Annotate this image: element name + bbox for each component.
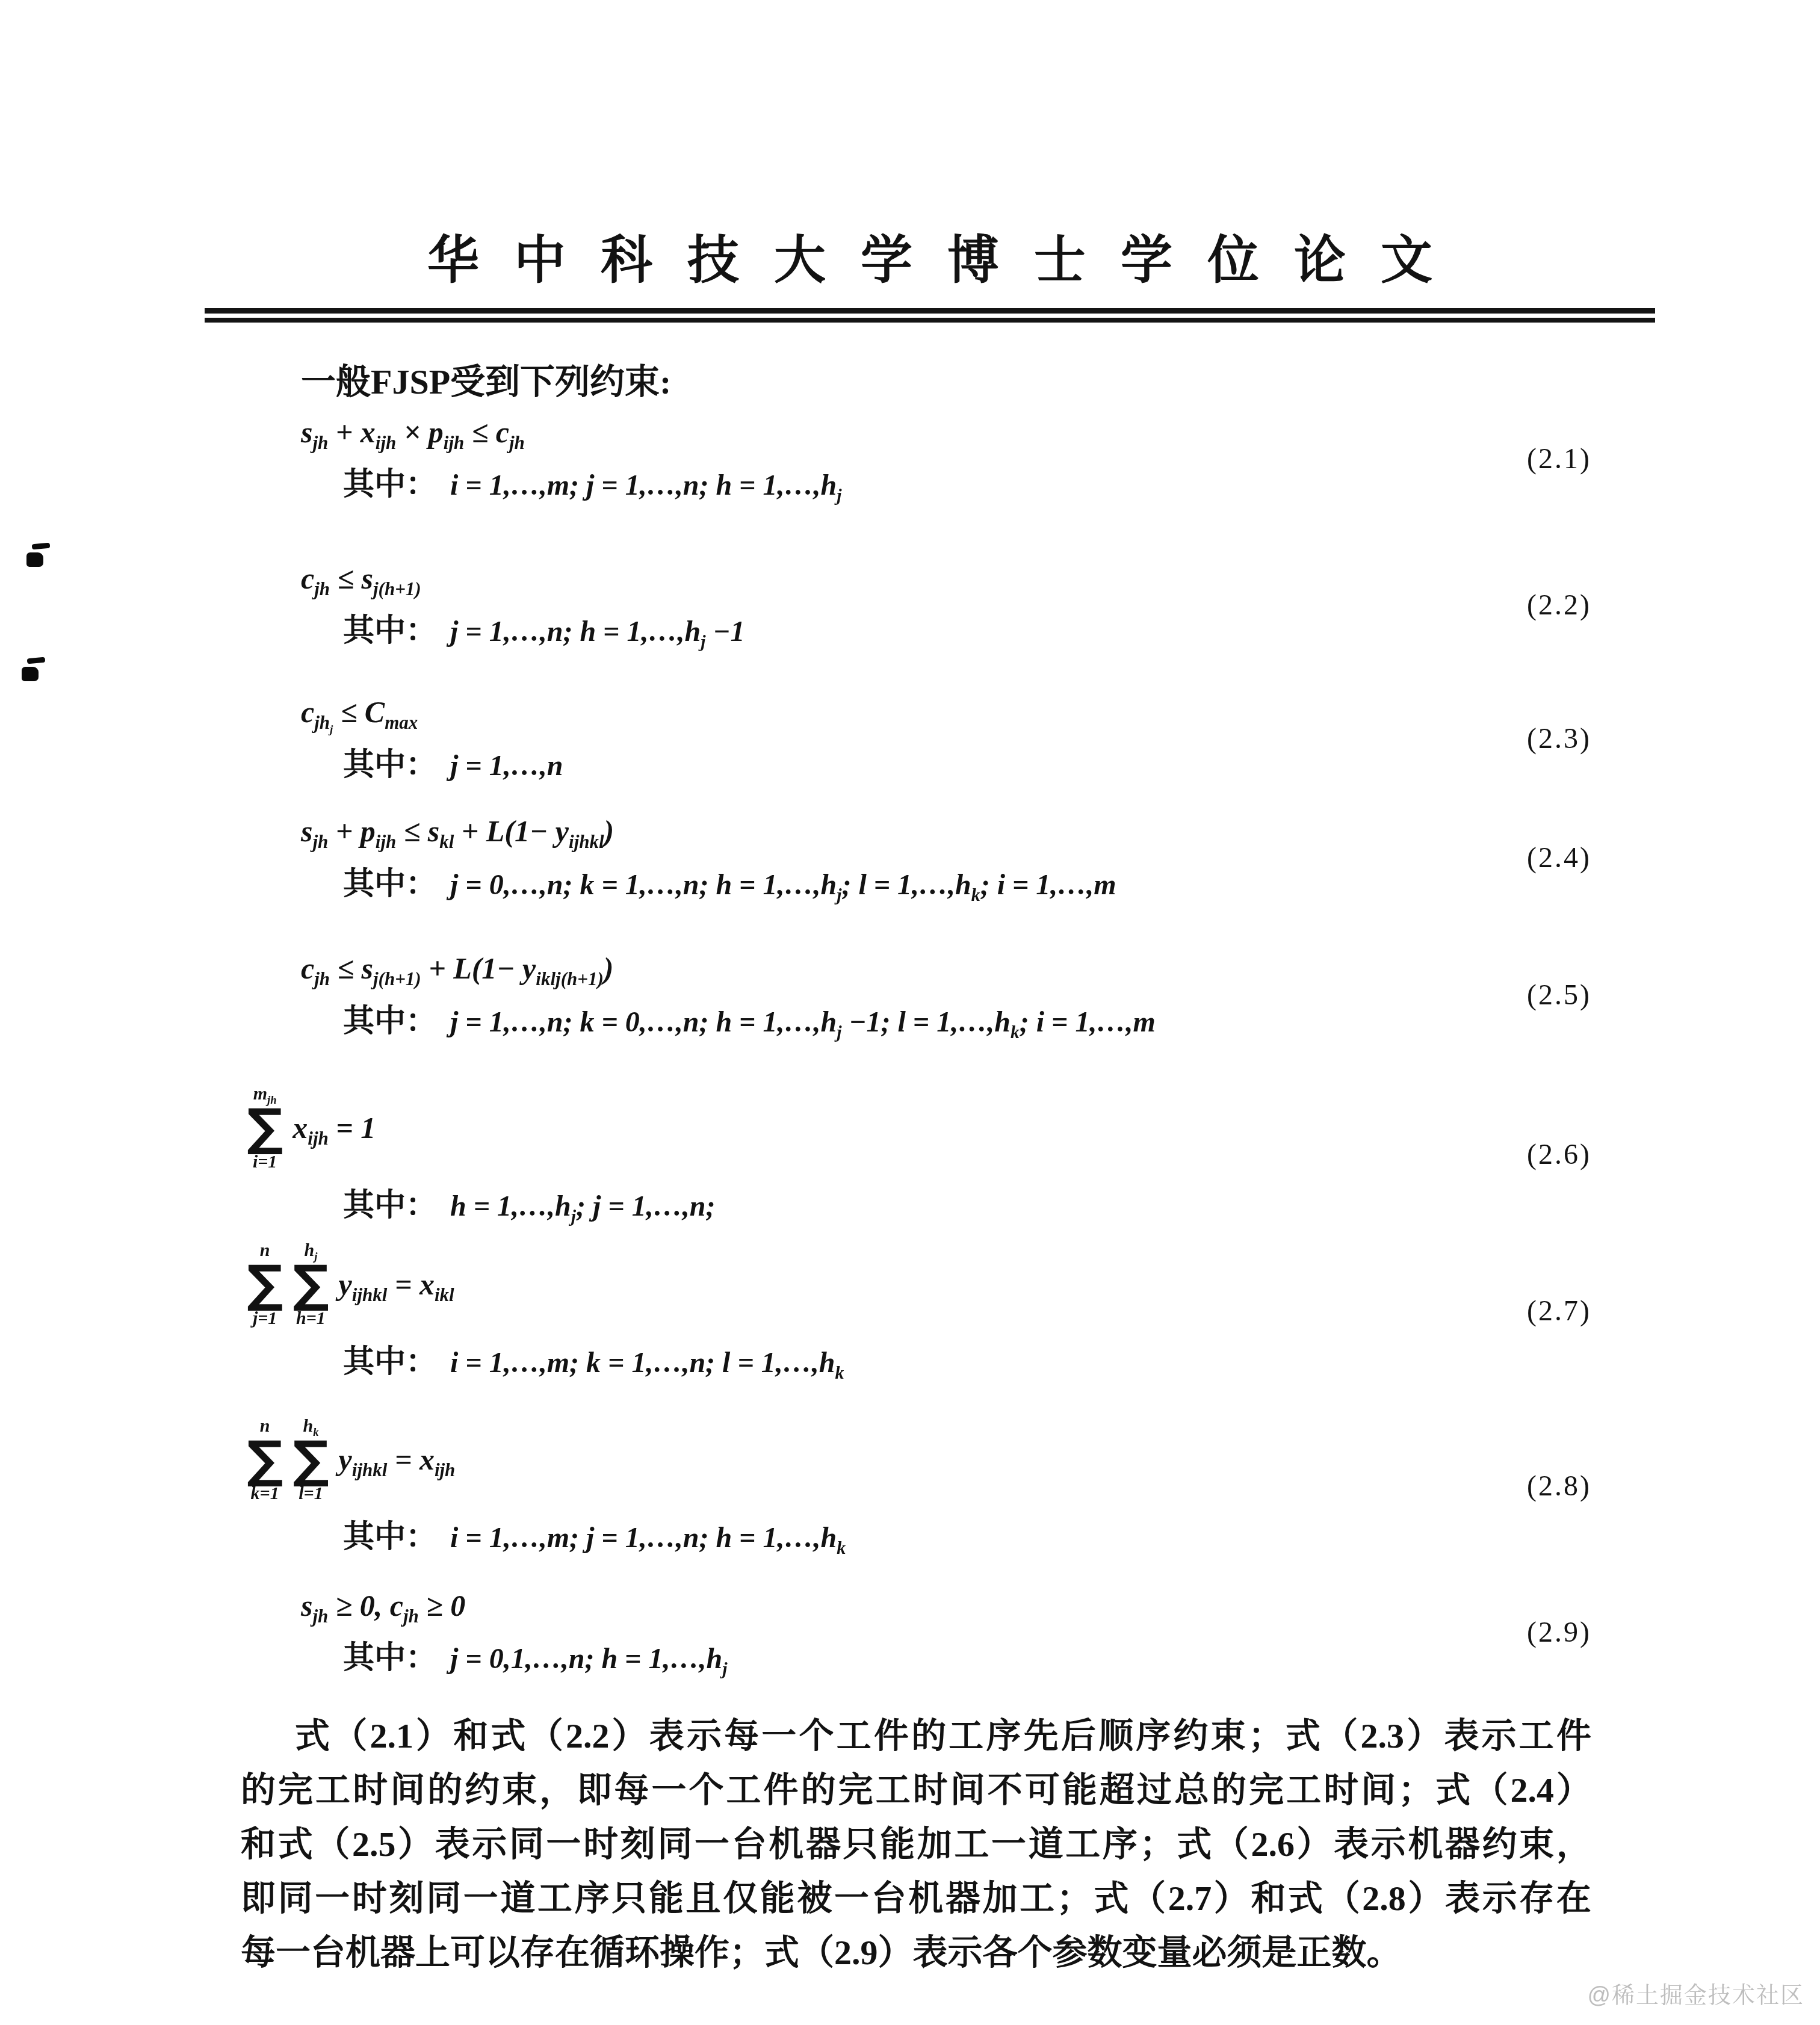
paragraph-line: 的完工时间的约束，即每一个工件的完工时间不可能超过总的完工时间；式（2.4） (241, 1763, 1591, 1817)
equation-block: sjh + xijh × pijh ≤ cjh其中：i = 1,…,m; j =… (241, 413, 1591, 504)
where-label: 其中： (343, 867, 437, 901)
condition-expression: j = 0,…,n; k = 1,…,n; h = 1,…,hj; l = 1,… (450, 869, 1116, 901)
equation-number: (2.8) (1495, 1470, 1591, 1503)
ink-speck (26, 543, 50, 567)
equation-left: sjh ≥ 0, cjh ≥ 0其中：j = 0,1,…,n; h = 1,…,… (241, 1587, 1495, 1678)
equation-number: (2.2) (1495, 589, 1591, 622)
paragraph-line: 和式（2.5）表示同一时刻同一台机器只能加工一道工序；式（2.6）表示机器约束， (241, 1817, 1591, 1872)
header-double-rule (205, 308, 1655, 323)
intro-line: 一般FJSP受到下列约束: (301, 362, 1591, 403)
paragraph-line: 每一台机器上可以存在循环操作；式（2.9）表示各个参数变量必须是正数。 (241, 1926, 1591, 1980)
equation-number: (2.7) (1495, 1294, 1591, 1328)
equation-left: cjh ≤ sj(h+1)其中：j = 1,…,n; h = 1,…,hj −1 (241, 560, 1495, 651)
equation-condition: 其中：j = 1,…,n; h = 1,…,hj −1 (343, 613, 1495, 650)
ink-speck-blob (26, 552, 43, 567)
rule-top-line (205, 308, 1655, 314)
paragraph-line: 即同一时刻同一道工序只能且仅能被一台机器加工；式（2.7）和式（2.8）表示存在 (241, 1872, 1591, 1926)
where-label: 其中： (343, 1189, 437, 1223)
equation-block: mjh∑i=1xijh = 1其中：h = 1,…,hj; j = 1,…,n;… (241, 1084, 1591, 1225)
equation-formula: n∑j=1hj∑h=1yijhkl = xikl (247, 1240, 1495, 1328)
where-label: 其中： (343, 748, 437, 782)
equation-left: n∑j=1hj∑h=1yijhkl = xikl其中：i = 1,…,m; k … (241, 1240, 1495, 1381)
equation-condition: 其中：h = 1,…,hj; j = 1,…,n; (343, 1187, 1495, 1225)
equation-number: (2.1) (1495, 442, 1591, 475)
math-expression: sjh + xijh × pijh ≤ cjh (301, 415, 525, 449)
equation-block: cjh ≤ sj(h+1) + L(1− yiklj(h+1))其中：j = 1… (241, 950, 1591, 1040)
equation-condition: 其中：i = 1,…,m; j = 1,…,n; h = 1,…,hk (343, 1519, 1495, 1556)
condition-expression: h = 1,…,hj; j = 1,…,n; (450, 1190, 715, 1222)
summation-symbol: n∑j=1 (247, 1240, 283, 1328)
page-header: 华中科技大学博士学位论文 (205, 0, 1655, 323)
equation-condition: 其中：j = 1,…,n; k = 0,…,n; h = 1,…,hj −1; … (343, 1003, 1495, 1040)
math-expression: sjh + pijh ≤ skl + L(1− yijhkl) (301, 814, 614, 848)
equation-number: (2.6) (1495, 1138, 1591, 1171)
equation-condition: 其中：j = 1,…,n (343, 747, 1495, 784)
equation-condition: 其中：j = 0,1,…,n; h = 1,…,hj (343, 1640, 1495, 1677)
math-expression: cjh ≤ sj(h+1) + L(1− yiklj(h+1)) (301, 951, 613, 985)
where-label: 其中： (343, 614, 437, 648)
condition-expression: j = 1,…,n; k = 0,…,n; h = 1,…,hj −1; l =… (450, 1006, 1156, 1038)
page-title: 华中科技大学博士学位论文 (205, 235, 1655, 286)
equation-number: (2.9) (1495, 1616, 1591, 1649)
equation-condition: 其中：i = 1,…,m; j = 1,…,n; h = 1,…,hj (343, 466, 1495, 504)
equation-left: mjh∑i=1xijh = 1其中：h = 1,…,hj; j = 1,…,n; (241, 1084, 1495, 1225)
where-label: 其中： (343, 1345, 437, 1379)
ink-speck (22, 658, 45, 681)
ink-speck-blob (22, 667, 39, 681)
equation-number: (2.5) (1495, 978, 1591, 1012)
rule-gap (205, 314, 1655, 318)
math-expression: yijhkl = xikl (339, 1266, 454, 1303)
equation-formula: sjh ≥ 0, cjh ≥ 0 (301, 1587, 1495, 1625)
paragraph-line: 式（2.1）和式（2.2）表示每一个工件的工序先后顺序约束；式（2.3）表示工件 (241, 1709, 1591, 1763)
page: 华中科技大学博士学位论文 一般FJSP受到下列约束: sjh + xijh × … (0, 0, 1820, 2025)
where-label: 其中： (343, 1004, 437, 1039)
equation-formula: sjh + xijh × pijh ≤ cjh (301, 413, 1495, 451)
equation-block: n∑k=1hk∑l=1yijhkl = xijh其中：i = 1,…,m; j … (241, 1416, 1591, 1557)
equation-formula: cjhj ≤ Cmax (301, 693, 1495, 731)
where-label: 其中： (343, 468, 437, 502)
equation-number: (2.3) (1495, 722, 1591, 755)
math-expression: cjh ≤ sj(h+1) (301, 561, 421, 595)
equation-left: sjh + xijh × pijh ≤ cjh其中：i = 1,…,m; j =… (241, 413, 1495, 504)
condition-expression: i = 1,…,m; j = 1,…,n; h = 1,…,hk (450, 1522, 846, 1554)
equation-left: cjh ≤ sj(h+1) + L(1− yiklj(h+1))其中：j = 1… (241, 950, 1495, 1040)
equation-block: cjhj ≤ Cmax其中：j = 1,…,n(2.3) (241, 693, 1591, 784)
condition-expression: i = 1,…,m; k = 1,…,n; l = 1,…,hk (450, 1347, 844, 1379)
summation-symbol: mjh∑i=1 (247, 1084, 283, 1172)
equation-block: sjh + pijh ≤ skl + L(1− yijhkl)其中：j = 0,… (241, 812, 1591, 903)
summation-symbol: n∑k=1 (247, 1416, 283, 1504)
ink-speck-dash (27, 657, 46, 664)
math-expression: xijh = 1 (292, 1109, 376, 1147)
rule-bottom-line (205, 318, 1655, 323)
math-expression: yijhkl = xijh (339, 1441, 456, 1479)
watermark: @稀土掘金技术社区 (1587, 1976, 1804, 2009)
where-label: 其中： (343, 1520, 437, 1554)
equation-block: sjh ≥ 0, cjh ≥ 0其中：j = 0,1,…,n; h = 1,…,… (241, 1587, 1591, 1678)
summation-symbol: hk∑l=1 (292, 1416, 329, 1504)
where-label: 其中： (343, 1641, 437, 1675)
equation-block: n∑j=1hj∑h=1yijhkl = xikl其中：i = 1,…,m; k … (241, 1240, 1591, 1381)
equation-number: (2.4) (1495, 841, 1591, 874)
content-area: 一般FJSP受到下列约束: sjh + xijh × pijh ≤ cjh其中：… (0, 362, 1820, 1980)
equation-left: cjhj ≤ Cmax其中：j = 1,…,n (241, 693, 1495, 784)
condition-expression: j = 1,…,n; h = 1,…,hj −1 (450, 616, 744, 648)
equation-condition: 其中：j = 0,…,n; k = 1,…,n; h = 1,…,hj; l =… (343, 866, 1495, 903)
body-paragraph: 式（2.1）和式（2.2）表示每一个工件的工序先后顺序约束；式（2.3）表示工件… (241, 1709, 1591, 1980)
math-expression: sjh ≥ 0, cjh ≥ 0 (301, 1589, 465, 1622)
math-expression: cjhj ≤ Cmax (301, 695, 418, 729)
equation-left: sjh + pijh ≤ skl + L(1− yijhkl)其中：j = 0,… (241, 812, 1495, 903)
summation-symbol: hj∑h=1 (292, 1240, 329, 1328)
condition-expression: i = 1,…,m; j = 1,…,n; h = 1,…,hj (450, 469, 841, 501)
equation-formula: mjh∑i=1xijh = 1 (247, 1084, 1495, 1172)
condition-expression: j = 1,…,n (450, 750, 563, 782)
equation-formula: n∑k=1hk∑l=1yijhkl = xijh (247, 1416, 1495, 1504)
ink-speck-dash (32, 543, 51, 550)
equation-formula: sjh + pijh ≤ skl + L(1− yijhkl) (301, 812, 1495, 850)
equation-formula: cjh ≤ sj(h+1) (301, 560, 1495, 598)
equation-formula: cjh ≤ sj(h+1) + L(1− yiklj(h+1)) (301, 950, 1495, 988)
condition-expression: j = 0,1,…,n; h = 1,…,hj (450, 1643, 727, 1675)
equation-list: sjh + xijh × pijh ≤ cjh其中：i = 1,…,m; j =… (241, 413, 1591, 1678)
equation-left: n∑k=1hk∑l=1yijhkl = xijh其中：i = 1,…,m; j … (241, 1416, 1495, 1557)
equation-block: cjh ≤ sj(h+1)其中：j = 1,…,n; h = 1,…,hj −1… (241, 560, 1591, 651)
equation-condition: 其中：i = 1,…,m; k = 1,…,n; l = 1,…,hk (343, 1344, 1495, 1381)
